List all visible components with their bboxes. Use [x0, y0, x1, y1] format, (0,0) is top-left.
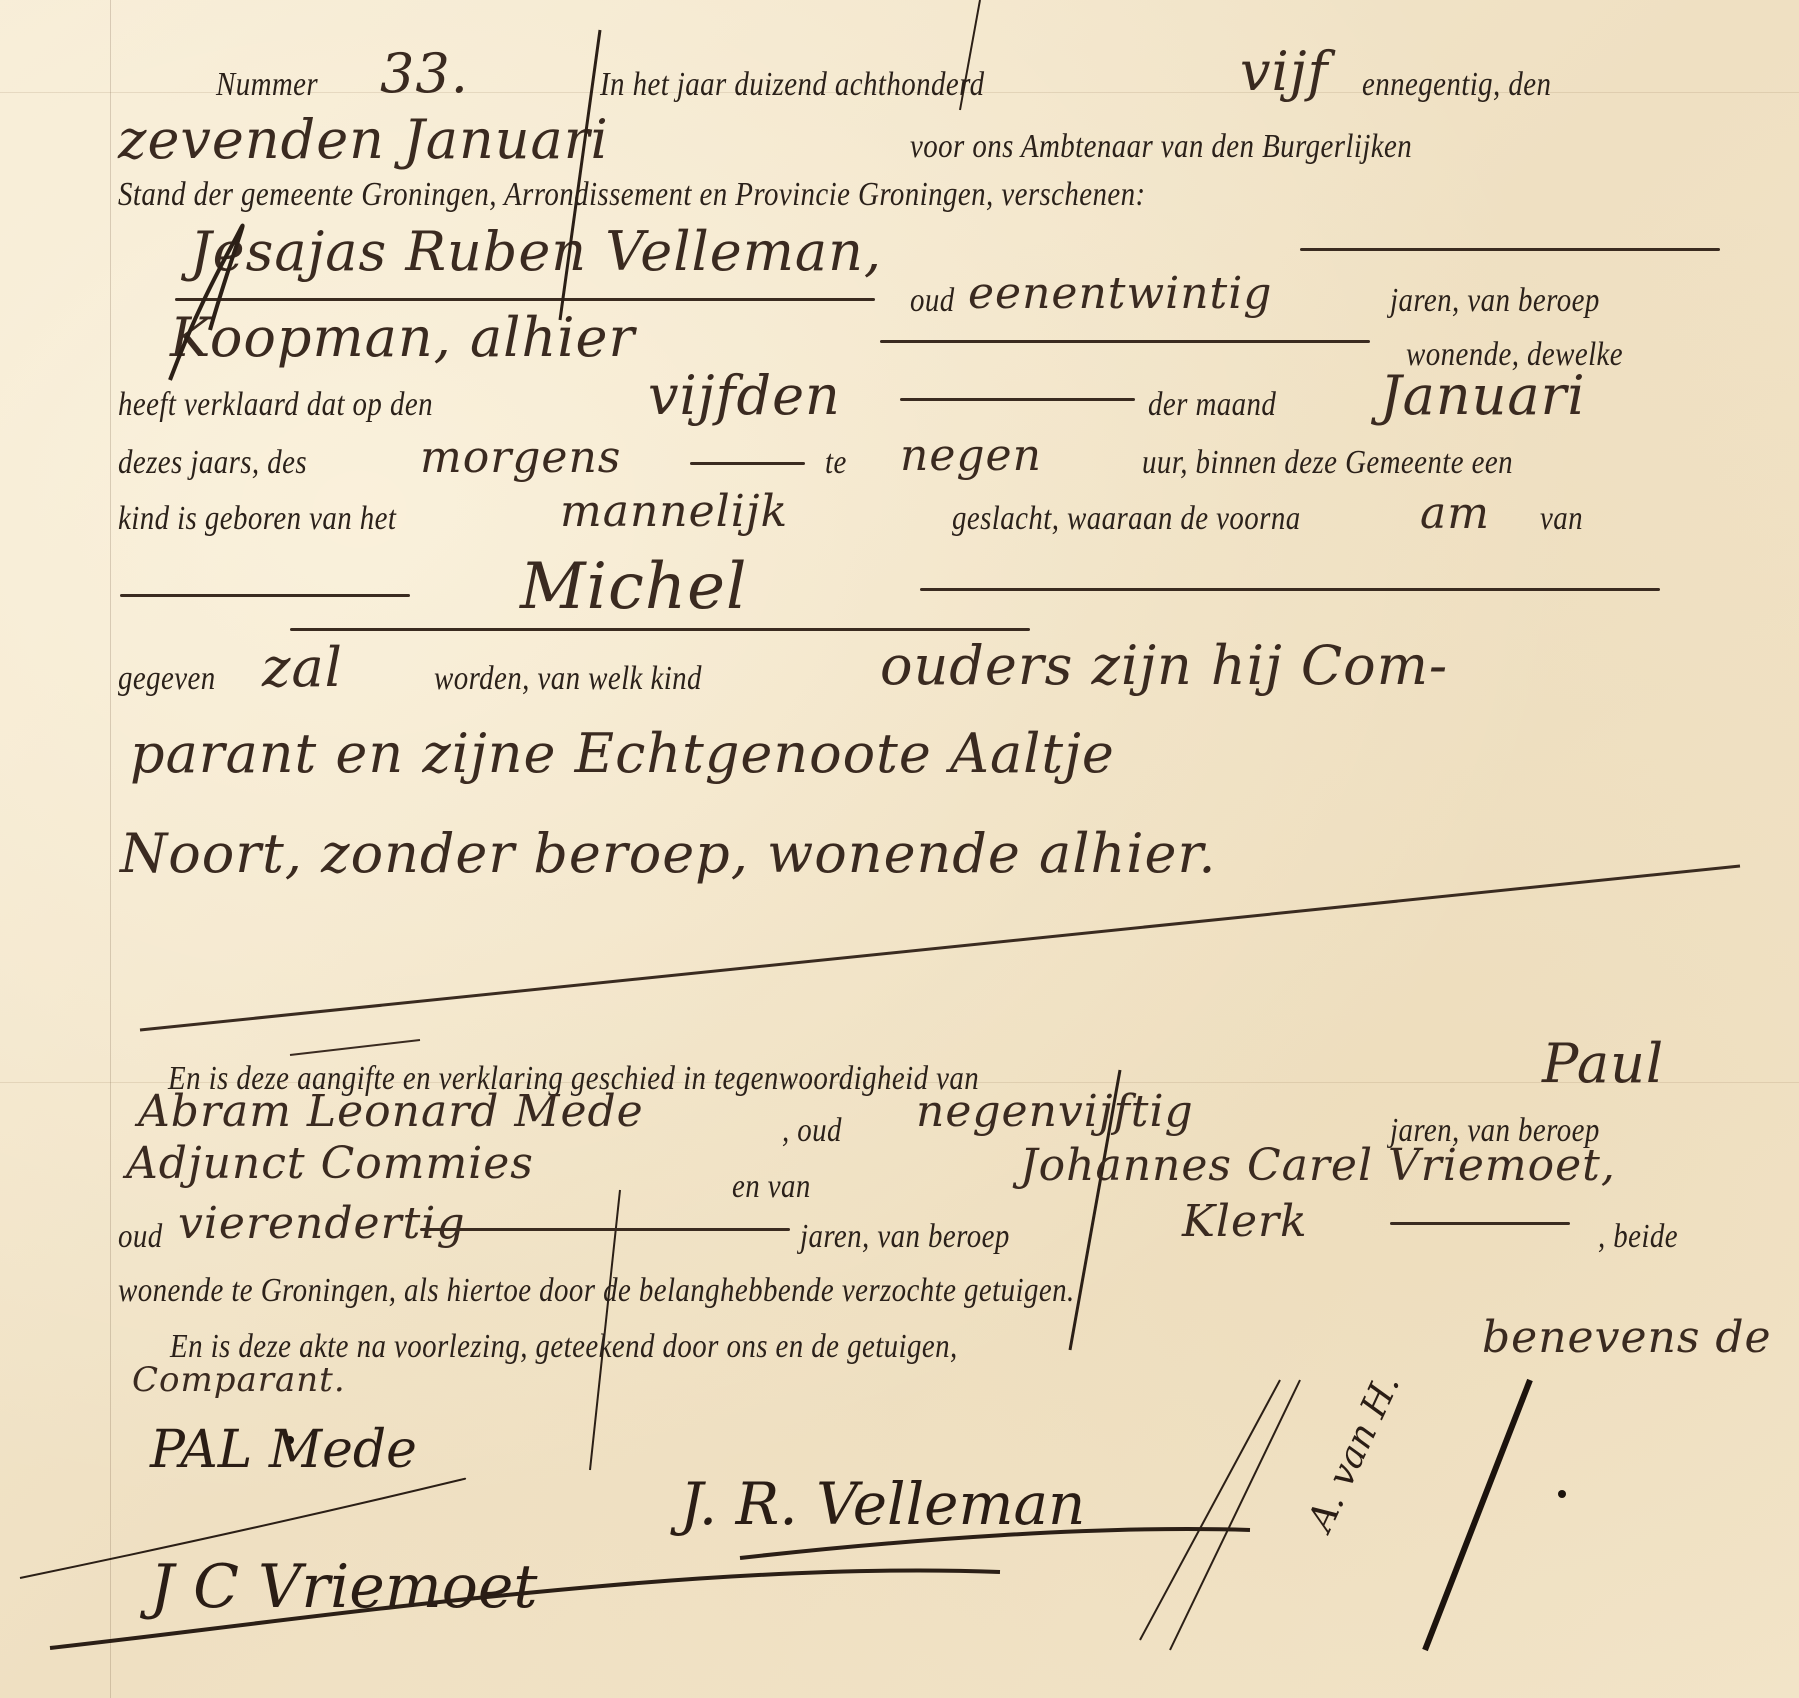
printed-dezes-jaars: dezes jaars, des — [118, 444, 307, 482]
signature-witness2: J C Vriemoet — [150, 1552, 537, 1622]
printed-en-van: en van — [732, 1168, 811, 1206]
printed-geslacht: geslacht, waaraan de voorna — [952, 500, 1301, 538]
hand-benevens-de: benevens de — [1482, 1312, 1772, 1363]
printed-declared: heeft verklaard dat op den — [118, 386, 433, 424]
fill-rule — [1390, 1222, 1570, 1225]
printed-official-intro: voor ons Ambtenaar van den Burgerlijken — [910, 128, 1412, 166]
printed-year-end: ennegentig, den — [1362, 66, 1551, 104]
signature-declarant: J. R. Velleman — [680, 1470, 1085, 1538]
hand-witness1-age: negenvijftig — [916, 1086, 1194, 1137]
printed-uur-binnen: uur, binnen deze Gemeente een — [1142, 444, 1513, 482]
fill-rule — [1300, 248, 1720, 251]
hand-zal: zal — [262, 636, 343, 699]
fill-rule — [920, 588, 1660, 591]
printed-municipality-line: Stand der gemeente Groningen, Arrondisse… — [118, 176, 1146, 214]
hand-parents: ouders zijn hij Com- — [880, 634, 1448, 697]
hand-date: zevenden Januari — [118, 108, 609, 171]
printed-oud: oud — [118, 1218, 163, 1256]
printed-beroep: jaren, van beroep — [1390, 282, 1600, 320]
printed-der-maand: der maand — [1148, 386, 1276, 424]
printed-nummer: Nummer — [216, 66, 318, 104]
hand-record-number: 33. — [380, 42, 469, 105]
hand-witness2-age: vierendertig — [178, 1198, 466, 1249]
hand-witness1-names: Abram Leonard Mede — [138, 1086, 644, 1137]
hand-witness1-first-name: Paul — [1542, 1032, 1664, 1095]
signature-witness1: PAL Mede — [150, 1420, 417, 1480]
signature-official: A. van H. — [1300, 1368, 1408, 1538]
hand-time-of-day: morgens — [420, 432, 621, 483]
hand-declarant-age: eenentwintig — [968, 268, 1272, 319]
fill-rule — [420, 1228, 790, 1231]
birth-record-page: Nummer 33. In het jaar duizend achthonde… — [0, 0, 1799, 1698]
hand-parents-continued: parant en zijne Echtgenoote Aaltje — [130, 722, 1115, 785]
printed-oud: oud — [910, 282, 955, 320]
hand-declarant-name: Jesajas Ruben Velleman, — [190, 220, 882, 283]
hand-mother-name-residence: Noort, zonder beroep, wonende alhier. — [120, 822, 1217, 885]
hand-comparant: Comparant. — [132, 1360, 346, 1400]
fill-rule — [690, 462, 805, 465]
printed-beide: , beide — [1598, 1218, 1678, 1256]
printed-witness-residence: wonende te Groningen, als hiertoe door d… — [118, 1272, 1075, 1310]
hand-am: am — [1420, 488, 1490, 539]
hand-year-word: vijf — [1240, 40, 1329, 103]
hand-child-name: Michel — [520, 550, 747, 624]
hand-child-sex: mannelijk — [560, 486, 788, 537]
fill-rule — [880, 340, 1370, 343]
hand-witness2-name: Johannes Carel Vriemoet, — [1020, 1140, 1616, 1191]
fill-rule — [900, 398, 1135, 401]
printed-van: van — [1540, 500, 1583, 538]
hand-birth-month: Januari — [1380, 364, 1586, 427]
printed-oud: , oud — [782, 1112, 842, 1150]
printed-kind-geboren: kind is geboren van het — [118, 500, 396, 538]
hand-declarant-profession: Koopman, alhier — [170, 306, 635, 369]
hand-witness1-profession: Adjunct Commies — [126, 1138, 534, 1189]
printed-gegeven: gegeven — [118, 660, 216, 698]
printed-worden: worden, van welk kind — [434, 660, 702, 698]
fill-rule — [290, 628, 1030, 631]
printed-beroep: jaren, van beroep — [800, 1218, 1010, 1256]
margin-rule — [110, 0, 111, 1698]
hand-birth-day: vijfden — [648, 364, 841, 427]
printed-te: te — [825, 444, 847, 482]
fill-rule — [175, 298, 875, 301]
fill-rule — [120, 594, 410, 597]
printed-year-intro: In het jaar duizend achthonderd — [600, 66, 985, 104]
hand-birth-hour: negen — [900, 430, 1042, 481]
hand-witness2-profession: Klerk — [1182, 1196, 1308, 1247]
